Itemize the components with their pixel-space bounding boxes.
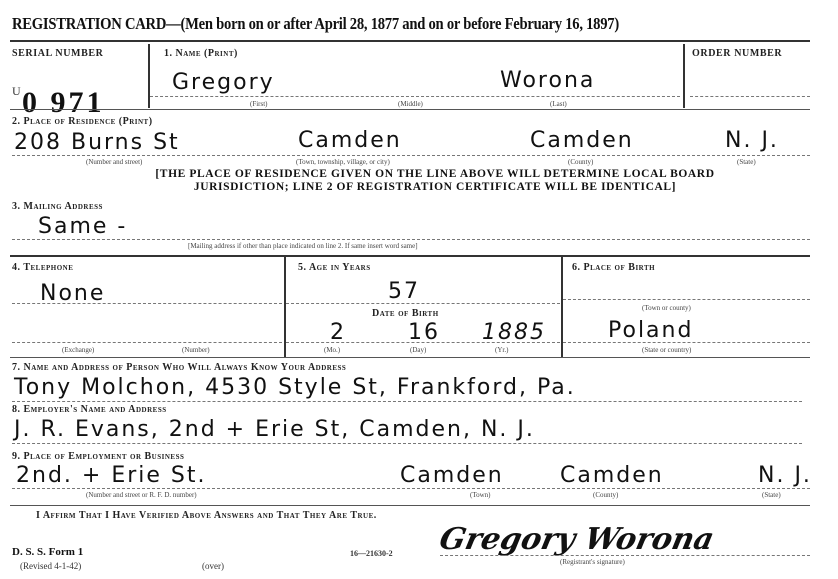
- employment-label: 9. Place of Employment or Business: [12, 451, 184, 462]
- age-label: 5. Age in Years: [298, 262, 371, 273]
- serial-prefix: U: [12, 84, 21, 99]
- row4-rule: [10, 357, 810, 358]
- signature-caption: (Registrant's signature): [560, 558, 625, 566]
- name-first[interactable]: Gregory: [172, 70, 275, 95]
- row3-rule: [10, 255, 810, 257]
- employer-value[interactable]: J. R. Evans, 2nd + Erie St, Camden, N. J…: [14, 417, 535, 442]
- name-last[interactable]: Worona: [500, 68, 595, 93]
- residence-town-caption: (Town, township, village, or city): [296, 158, 390, 166]
- contact-label: 7. Name and Address of Person Who Will A…: [12, 362, 346, 373]
- form-name: D. S. S. Form 1: [12, 546, 83, 558]
- order-line: [690, 96, 810, 97]
- telephone-exchange-caption: (Exchange): [62, 346, 94, 354]
- name-first-caption: (First): [250, 100, 268, 108]
- over-note: (over): [202, 561, 224, 571]
- mailing-caption: [Mailing address if other than place ind…: [188, 242, 418, 250]
- name-label: 1. Name (Print): [164, 48, 238, 59]
- name-line: [150, 96, 680, 97]
- residence-street[interactable]: 208 Burns St: [14, 130, 180, 155]
- form-revised: (Revised 4-1-42): [20, 561, 81, 571]
- residence-notice-line1: [THE PLACE OF RESIDENCE GIVEN ON THE LIN…: [60, 168, 810, 181]
- mailing-label: 3. Mailing Address: [12, 201, 103, 212]
- residence-line: [12, 155, 810, 156]
- employment-county-caption: (County): [593, 491, 618, 499]
- residence-state[interactable]: N. J.: [725, 128, 779, 153]
- age-value[interactable]: 57: [388, 279, 420, 304]
- age-line: [286, 303, 560, 304]
- dob-month-caption: (Mo.): [324, 346, 340, 354]
- print-code: 16—21630-2: [350, 549, 393, 558]
- row1-rule: [10, 109, 810, 110]
- order-number-label: ORDER NUMBER: [692, 48, 782, 59]
- employment-town[interactable]: Camden: [400, 463, 504, 488]
- residence-notice: [THE PLACE OF RESIDENCE GIVEN ON THE LIN…: [60, 168, 810, 194]
- serial-number-label: SERIAL NUMBER: [12, 48, 103, 59]
- employment-county[interactable]: Camden: [560, 463, 664, 488]
- birthplace-label: 6. Place of Birth: [572, 262, 655, 273]
- residence-street-caption: (Number and street): [86, 158, 142, 166]
- telephone-label: 4. Telephone: [12, 262, 73, 273]
- residence-label: 2. Place of Residence (Print): [12, 116, 153, 127]
- residence-county-caption: (County): [568, 158, 593, 166]
- contact-line: [12, 401, 802, 402]
- card-title: REGISTRATION CARD—(Men born on or after …: [12, 14, 619, 34]
- row9-rule: [10, 505, 810, 506]
- affirmation-text: I Affirm That I Have Verified Above Answ…: [36, 510, 377, 521]
- serial-number-value: 0 971: [22, 86, 105, 120]
- employment-state-caption: (State): [762, 491, 781, 499]
- signature-line: [440, 555, 810, 556]
- contact-value[interactable]: Tony Molchon, 4530 Style St, Frankford, …: [14, 375, 576, 400]
- order-divider: [683, 44, 685, 108]
- name-middle-caption: (Middle): [398, 100, 423, 108]
- dob-year-caption: (Yr.): [495, 346, 508, 354]
- employment-street[interactable]: 2nd. + Erie St.: [16, 463, 207, 488]
- residence-state-caption: (State): [737, 158, 756, 166]
- birthplace-town-line: [563, 299, 810, 300]
- title-rule: [10, 40, 810, 42]
- employer-label: 8. Employer's Name and Address: [12, 404, 167, 415]
- residence-county[interactable]: Camden: [530, 128, 634, 153]
- birthplace-country-caption: (State or country): [642, 346, 691, 354]
- employer-line: [12, 443, 802, 444]
- serial-divider: [148, 44, 150, 108]
- dob-day-caption: (Day): [410, 346, 426, 354]
- employment-street-caption: (Number and street or R. F. D. number): [86, 491, 197, 499]
- registrant-signature[interactable]: Gregory Worona: [436, 522, 717, 557]
- dob-label: Date of Birth: [372, 308, 439, 319]
- mailing-line: [12, 239, 810, 240]
- telephone-line: [12, 303, 282, 304]
- residence-town[interactable]: Camden: [298, 128, 402, 153]
- telephone-number-caption: (Number): [182, 346, 210, 354]
- birthplace-town-caption: (Town or county): [642, 304, 691, 312]
- employment-state[interactable]: N. J.: [758, 463, 812, 488]
- birthplace-country[interactable]: Poland: [608, 318, 693, 343]
- dob-line: [286, 342, 560, 343]
- employment-town-caption: (Town): [470, 491, 491, 499]
- residence-notice-line2: JURISDICTION; LINE 2 OF REGISTRATION CER…: [60, 181, 810, 194]
- employment-line: [12, 488, 810, 489]
- mailing-value[interactable]: Same -: [38, 214, 127, 239]
- name-last-caption: (Last): [550, 100, 567, 108]
- birthplace-country-line: [563, 342, 810, 343]
- telephone-line2: [12, 342, 282, 343]
